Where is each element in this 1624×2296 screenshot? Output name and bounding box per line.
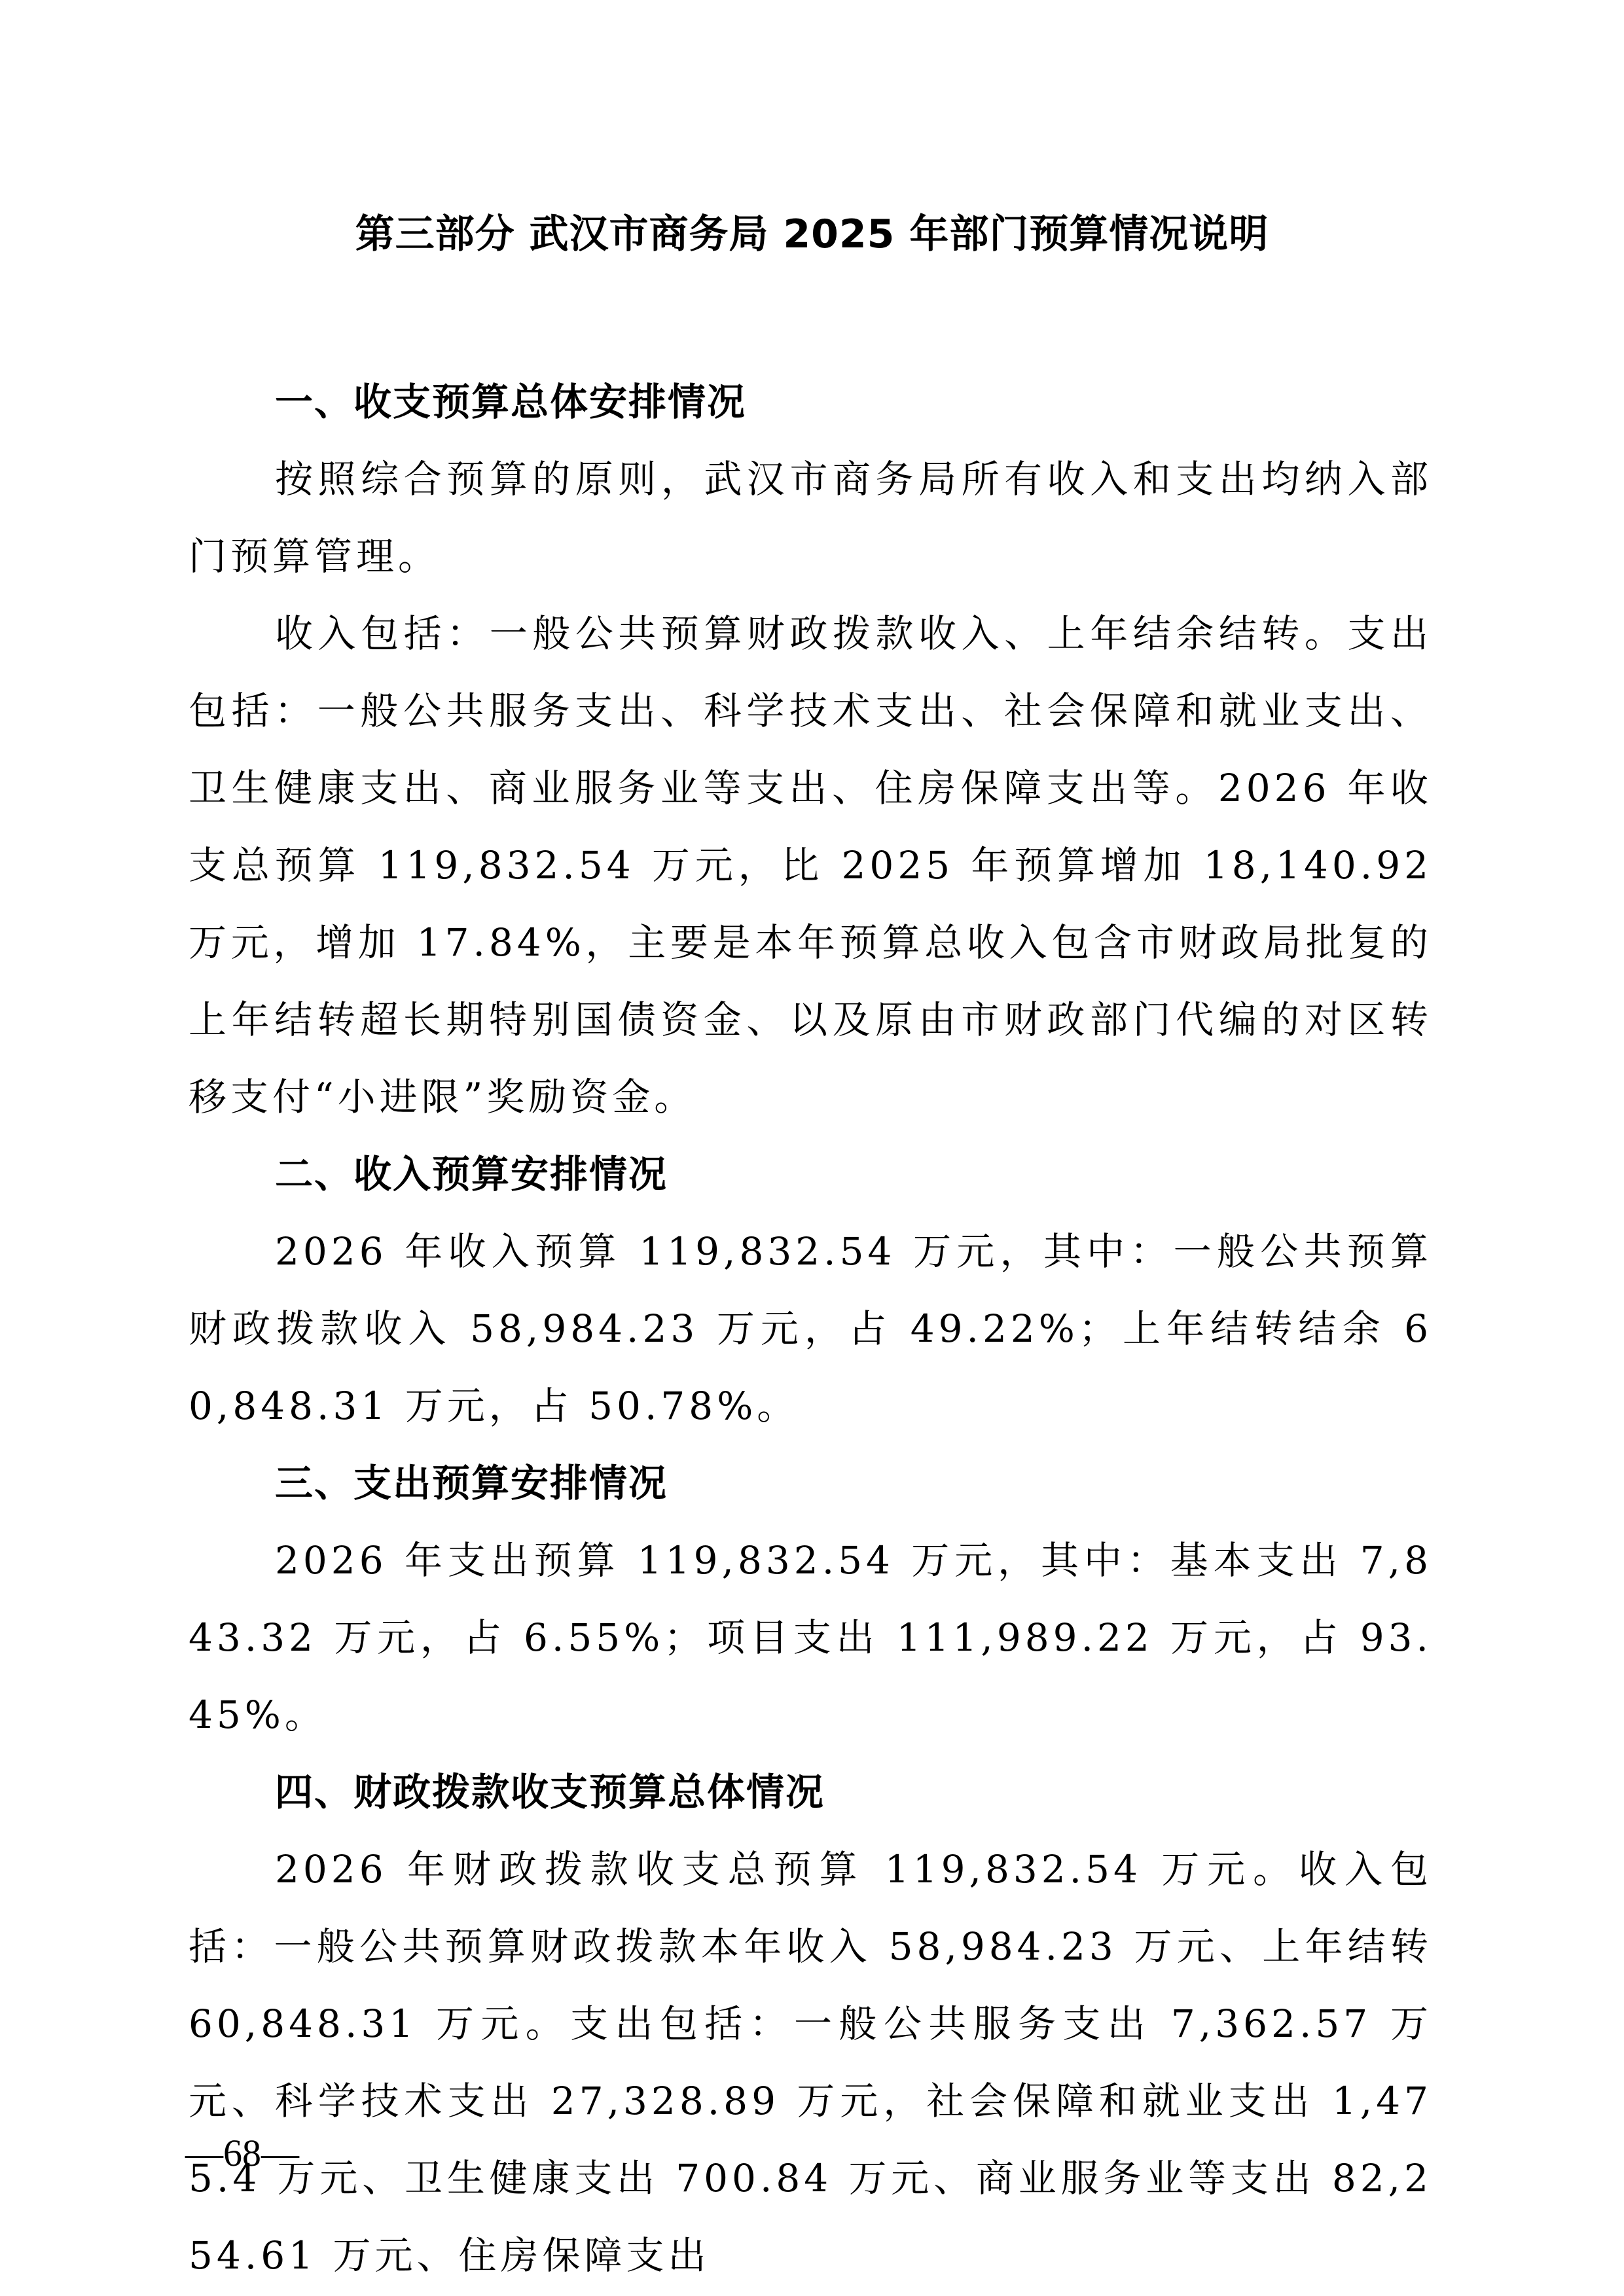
document-page: 第三部分 武汉市商务局 2025 年部门预算情况说明 一、收支预算总体安排情况 … [0,0,1624,2296]
document-body: 一、收支预算总体安排情况 按照综合预算的原则，武汉市商务局所有收入和支出均纳入部… [189,363,1432,2294]
paragraph: 2026 年财政拨款收支总预算 119,832.54 万元。收入包括：一般公共预… [189,1831,1432,2294]
paragraph: 2026 年支出预算 119,832.54 万元，其中：基本支出 7,843.3… [189,1522,1432,1753]
section-heading: 一、收支预算总体安排情况 [189,363,1432,440]
section-heading: 二、收入预算安排情况 [189,1136,1432,1213]
page-number: —68— [185,2127,299,2179]
section-expenditure-budget: 三、支出预算安排情况 2026 年支出预算 119,832.54 万元，其中：基… [189,1444,1432,1753]
paragraph: 收入包括：一般公共预算财政拨款收入、上年结余结转。支出包括：一般公共服务支出、科… [189,595,1432,1136]
paragraph: 按照综合预算的原则，武汉市商务局所有收入和支出均纳入部门预算管理。 [189,440,1432,595]
section-overall-budget: 一、收支预算总体安排情况 按照综合预算的原则，武汉市商务局所有收入和支出均纳入部… [189,363,1432,1136]
section-income-budget: 二、收入预算安排情况 2026 年收入预算 119,832.54 万元，其中：一… [189,1136,1432,1444]
page-title: 第三部分 武汉市商务局 2025 年部门预算情况说明 [0,208,1624,260]
section-heading: 三、支出预算安排情况 [189,1444,1432,1522]
section-fiscal-appropriation: 四、财政拨款收支预算总体情况 2026 年财政拨款收支总预算 119,832.5… [189,1753,1432,2294]
section-heading: 四、财政拨款收支预算总体情况 [189,1753,1432,1831]
paragraph: 2026 年收入预算 119,832.54 万元，其中：一般公共预算财政拨款收入… [189,1213,1432,1444]
